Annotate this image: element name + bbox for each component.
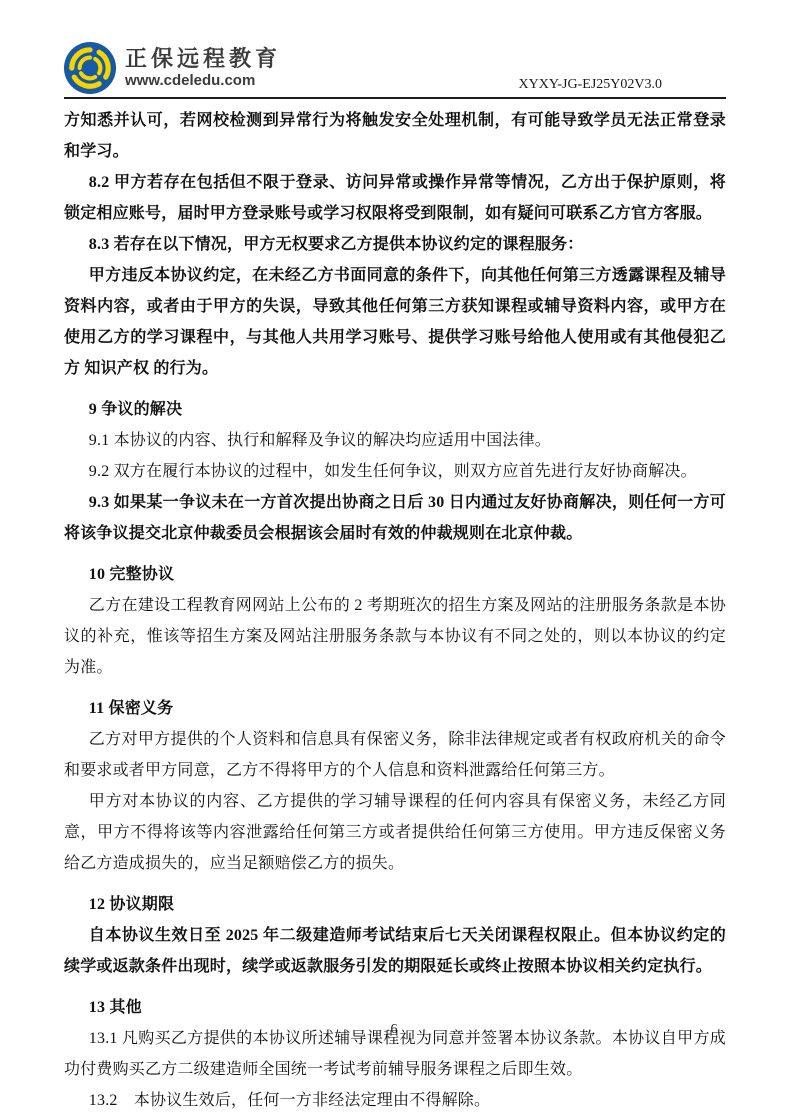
page-header: 正保远程教育 www.cdeledu.com XYXY-JG-EJ25Y02V3…: [64, 42, 726, 94]
page-number: 6: [0, 1022, 788, 1038]
paragraph: 方知悉并认可，若网校检测到异常行为将触发安全处理机制，有可能导致学员无法正常登录…: [64, 105, 726, 167]
paragraph: 8.3 若存在以下情况，甲方无权要求乙方提供本协议约定的课程服务：: [64, 229, 726, 260]
section-heading: 12 协议期限: [64, 889, 726, 920]
paragraph: 9.1 本协议的内容、执行和解释及争议的解决均应适用中国法律。: [64, 425, 726, 456]
logo-company-name: 正保远程教育: [125, 46, 281, 71]
paragraph: 9.3 如果某一争议未在一方首次提出协商之日后 30 日内通过友好协商解决，则任…: [64, 487, 726, 549]
section-heading: 10 完整协议: [64, 559, 726, 590]
logo-text: 正保远程教育 www.cdeledu.com: [125, 46, 281, 89]
document-page: 正保远程教育 www.cdeledu.com XYXY-JG-EJ25Y02V3…: [0, 0, 788, 1118]
paragraph: 甲方对本协议的内容、乙方提供的学习辅导课程的任何内容具有保密义务，未经乙方同意，…: [64, 786, 726, 879]
company-logo: 正保远程教育 www.cdeledu.com: [64, 42, 281, 94]
paragraph: 13.2 本协议生效后，任何一方非经法定理由不得解除。: [64, 1085, 726, 1116]
logo-website-url: www.cdeledu.com: [125, 72, 281, 90]
section-heading: 11 保密义务: [64, 693, 726, 724]
paragraph: 9.2 双方在履行本协议的过程中，如发生任何争议，则双方应首先进行友好协商解决。: [64, 456, 726, 487]
paragraph: 自本协议生效日至 2025 年二级建造师考试结束后七天关闭课程权限止。但本协议约…: [64, 920, 726, 982]
contract-body: 方知悉并认可，若网校检测到异常行为将触发安全处理机制，有可能导致学员无法正常登录…: [64, 99, 726, 1116]
document-id: XYXY-JG-EJ25Y02V3.0: [519, 77, 663, 94]
paragraph: 甲方违反本协议约定，在未经乙方书面同意的条件下，向其他任何第三方透露课程及辅导资…: [64, 260, 726, 384]
logo-swirl-icon: [64, 42, 116, 94]
paragraph: 8.2 甲方若存在包括但不限于登录、访问异常或操作异常等情况，乙方出于保护原则，…: [64, 167, 726, 229]
paragraph: 乙方对甲方提供的个人资料和信息具有保密义务，除非法律规定或者有权政府机关的命令和…: [64, 724, 726, 786]
section-heading: 13 其他: [64, 992, 726, 1023]
paragraph: 乙方在建设工程教育网网站上公布的 2 考期班次的招生方案及网站的注册服务条款是本…: [64, 590, 726, 683]
section-heading: 9 争议的解决: [64, 394, 726, 425]
